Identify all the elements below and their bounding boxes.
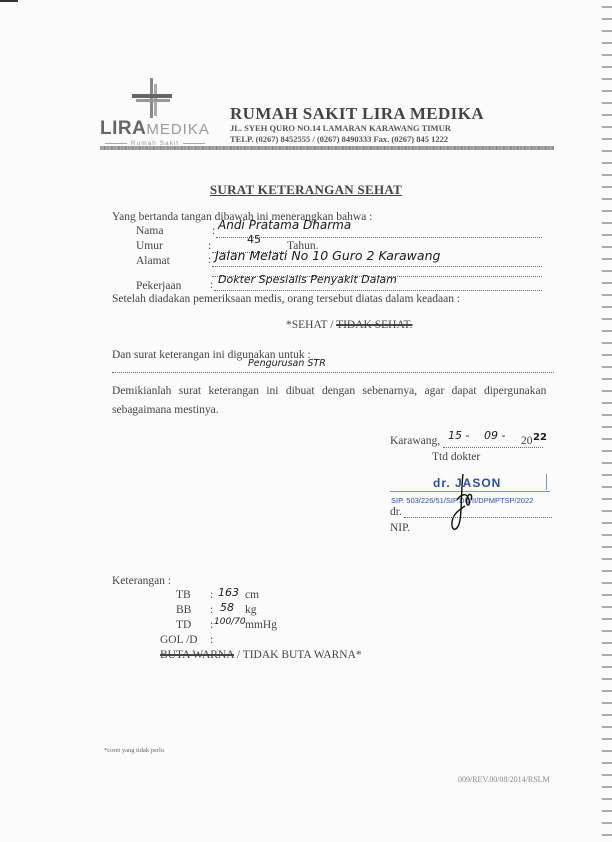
logo-wordmark: LIRAMEDIKA [100, 118, 210, 140]
td-value: 100/70 [214, 617, 246, 627]
date-year-hand: 22 [533, 432, 547, 443]
field-value-umur: 45 [247, 233, 261, 246]
dr-label: dr. [390, 506, 402, 518]
date-month: 09 - [484, 429, 505, 442]
status-sehat: *SEHAT / [286, 319, 333, 331]
date-day: 15 - [448, 429, 469, 442]
bb-label: BB [176, 604, 191, 616]
signature-place: Karawang, [390, 435, 440, 447]
keterangan-label: Keterangan : [112, 575, 171, 587]
field-line-alamat [212, 266, 542, 267]
medical-cross-icon [132, 78, 172, 118]
bb-unit: kg [245, 604, 257, 616]
hospital-logo: LIRAMEDIKA Rumah Sakit [100, 74, 210, 152]
date-year-prefix: 20 [521, 435, 533, 447]
closing-text-2: sebagaimana mestinya. [112, 404, 219, 416]
purpose-line [112, 372, 554, 373]
document-title: SURAT KETERANGAN SEHAT [0, 181, 612, 199]
gol-d-label: GOL /D [160, 634, 198, 646]
td-unit: mmHg [245, 619, 277, 631]
hospital-address: JL. SYEH QURO NO.14 LAMARAN KARAWANG TIM… [230, 123, 451, 133]
footnote: *coret yang tidak perlu [104, 747, 164, 754]
field-value-pekerjaan: Dokter Spesialis Penyakit Dalam [218, 273, 397, 286]
tb-label: TB [176, 589, 191, 601]
nip-label: NIP. [390, 522, 410, 534]
purpose-value: Pengurusan STR [248, 358, 326, 369]
closing-text: Demikianlah surat keterangan ini dibuat … [112, 385, 546, 397]
tidak-buta-warna: / TIDAK BUTA WARNA* [237, 649, 362, 661]
field-line-nama [216, 237, 542, 238]
buta-warna-struck: BUTA WARNA [160, 649, 234, 661]
ttd-label: Ttd dokter [432, 451, 480, 463]
hospital-name: RUMAH SAKIT LIRA MEDIKA [230, 104, 484, 124]
doctor-signature [447, 470, 477, 536]
form-code: 009/REV.00/08/2014/RSLM [458, 775, 550, 784]
field-label-alamat: Alamat [136, 255, 170, 267]
tb-value: 163 [218, 586, 239, 599]
field-value-nama: Andi Pratama Dharma [218, 218, 351, 232]
color-blind-status: BUTA WARNA / TIDAK BUTA WARNA* [160, 649, 362, 661]
field-label-nama: Nama [136, 225, 163, 237]
exam-statement: Setelah diadakan pemeriksaan medis, oran… [112, 293, 460, 305]
field-label-pekerjaan: Pekerjaan [136, 280, 181, 292]
scan-edge-perforation [602, 0, 612, 842]
scan-edge-mark [0, 0, 18, 2]
hospital-phone: TELP. (0267) 8452555 / (0267) 8490333 Fa… [230, 134, 448, 144]
letterhead-divider [100, 146, 554, 150]
field-value-alamat: Jalan Melati No 10 Guro 2 Karawang [215, 248, 440, 263]
field-label-umur: Umur [136, 240, 163, 252]
field-line-pekerjaan [214, 290, 542, 291]
status-tidak-sehat-struck: TIDAK SEHAT. [336, 319, 412, 331]
td-label: TD [176, 619, 191, 631]
bb-value: 58 [220, 601, 234, 614]
tb-unit: cm [245, 589, 259, 601]
health-status: *SEHAT / TIDAK SEHAT. [286, 319, 413, 331]
